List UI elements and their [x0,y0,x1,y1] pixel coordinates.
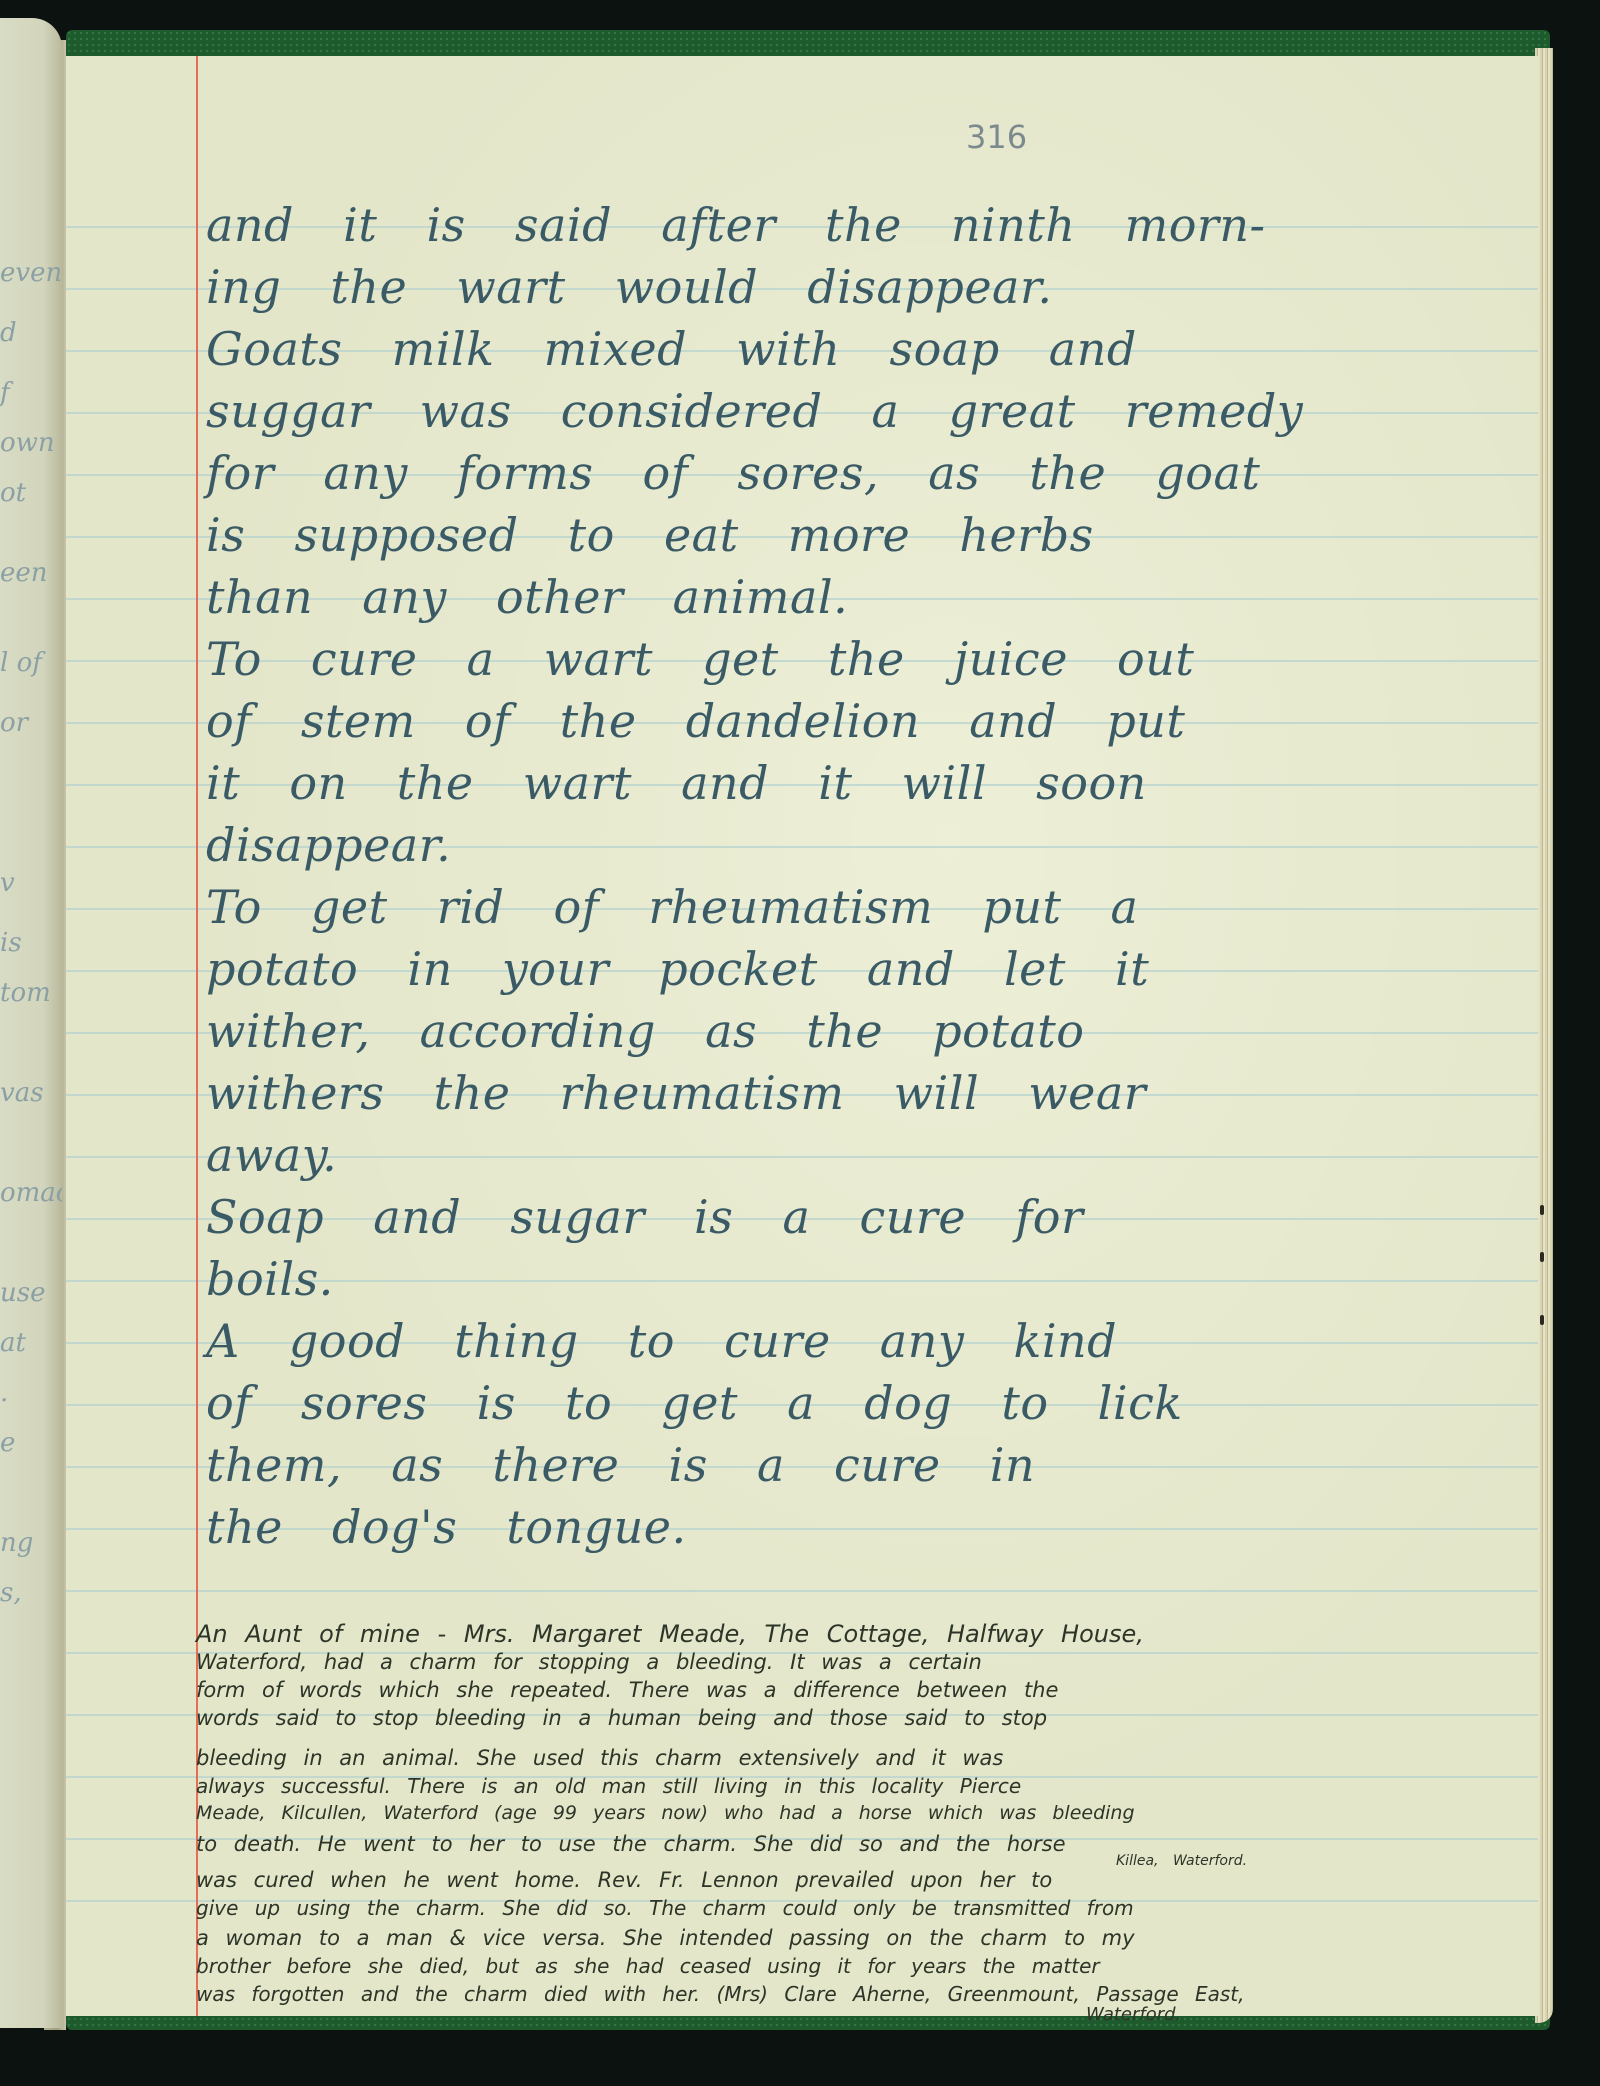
left-page-fragment: e [0,1428,15,1458]
text-line: of stem of the dandelion and put [206,694,1185,748]
text-line: disappear. [206,818,451,872]
left-page-fragment: f [0,378,10,408]
text-line: for any forms of sores, as the goat [206,446,1260,500]
text-line: them, as there is a cure in [206,1438,1035,1492]
note-line: Waterford, had a charm for stopping a bl… [196,1650,982,1674]
note-line: Meade, Kilcullen, Waterford (age 99 year… [196,1802,1135,1824]
text-line: than any other animal. [206,570,848,624]
note-line: was cured when he went home. Rev. Fr. Le… [196,1868,1052,1892]
page-number: 316 [966,118,1027,156]
text-line: suggar was considered a great remedy [206,384,1303,438]
note-line: bleeding in an animal. She used this cha… [196,1746,1003,1770]
left-page-fragment: v [0,868,15,898]
note-line: to death. He went to her to use the char… [196,1832,1066,1856]
note-line: always successful. There is an old man s… [196,1774,1021,1798]
note-line: was forgotten and the charm died with he… [196,1982,1245,2006]
left-page-fragment: omac [0,1178,62,1208]
left-page-fragment: l of [0,648,42,678]
text-line: To cure a wart get the juice out [206,632,1194,686]
text-line: To get rid of rheumatism put a [206,880,1138,934]
text-line: A good thing to cure any kind [206,1314,1117,1368]
notebook-page: 316 and it is said after the ninth morn-… [66,56,1538,2016]
left-page-fragment: . [0,1378,8,1408]
note-line: An Aunt of mine - Mrs. Margaret Meade, T… [196,1620,1144,1648]
left-page-fragment: even [0,258,62,288]
left-page-fragment: vas [0,1078,44,1108]
text-line: of sores is to get a dog to lick [206,1376,1183,1430]
left-page-fragment: tom [0,978,51,1008]
left-page-fragment: ng [0,1528,33,1558]
left-page-edge: even d f own ot een l of or v is tom vas… [0,18,62,2028]
page-edge-mark [1540,1252,1544,1262]
note-insertion: Killea, Waterford. [1116,1853,1247,1869]
left-page-fragment: een [0,558,48,588]
left-page-fragment: d [0,318,17,348]
text-line: Soap and sugar is a cure for [206,1190,1083,1244]
left-page-fragment: at [0,1328,26,1358]
text-line: is supposed to eat more herbs [206,508,1094,562]
ruled-line [66,1590,1538,1592]
text-line: potato in your pocket and let it [206,942,1149,996]
note-line: give up using the charm. She did so. The… [196,1896,1134,1920]
left-page-fragment: use [0,1278,45,1308]
text-line: and it is said after the ninth morn- [206,198,1266,252]
note-line: a woman to a man & vice versa. She inten… [196,1926,1135,1950]
note-line: form of words which she repeated. There … [196,1678,1058,1702]
text-line: away. [206,1128,337,1182]
text-line: boils. [206,1252,334,1306]
left-page-fragment: is [0,928,22,958]
note-signature-continuation: Waterford. [1086,2004,1181,2025]
page-edge-mark [1540,1315,1544,1325]
text-line: the dog's tongue. [206,1500,687,1554]
note-line: brother before she died, but as she had … [196,1954,1100,1978]
note-line: words said to stop bleeding in a human b… [196,1706,1047,1730]
left-page-fragment: or [0,708,28,738]
text-line: Goats milk mixed with soap and [206,322,1137,376]
page-edge-mark [1540,1205,1544,1215]
text-line: ing the wart would disappear. [206,260,1053,314]
left-page-fragment: own [0,428,55,458]
text-line: wither, according as the potato [206,1004,1084,1058]
left-page-fragment: s, [0,1578,22,1608]
text-line: it on the wart and it will soon [206,756,1147,810]
left-page-fragment: ot [0,478,26,508]
text-line: withers the rheumatism will wear [206,1066,1146,1120]
